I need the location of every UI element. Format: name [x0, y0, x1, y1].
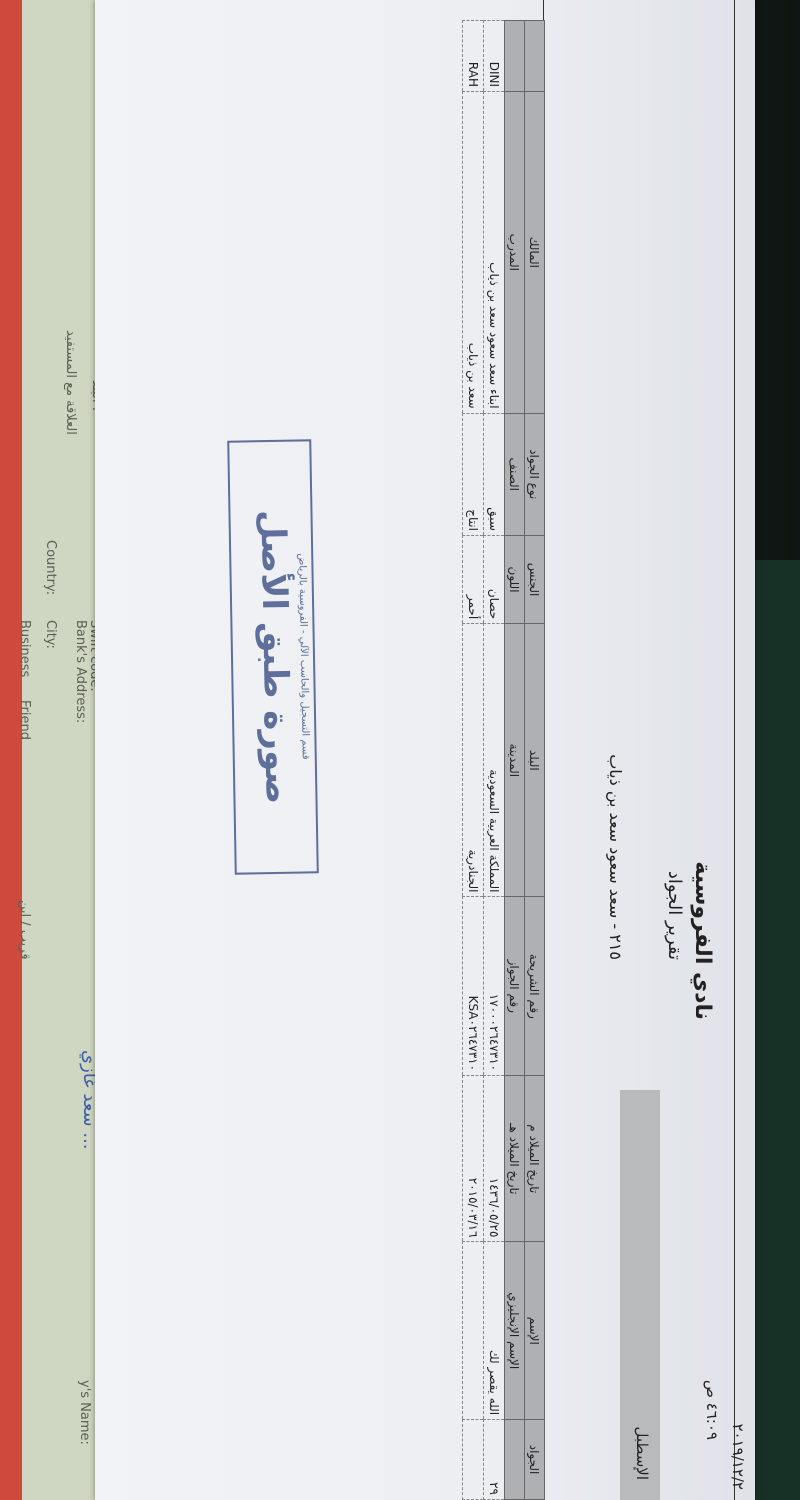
- city-label: City:: [43, 620, 58, 649]
- column-subheader: تاريخ الميلاد هـ: [505, 1076, 525, 1242]
- column-subheader: الصنف: [505, 413, 525, 535]
- table-cell: KSA٠٢٦٤٧٣١٠: [463, 897, 484, 1076]
- table-row: ٢٠١٥/٠٣/١٦KSA٠٢٦٤٧٣١٠الجنادريةأحمرانتاجس…: [463, 21, 484, 1500]
- table-row: ٢٩الله يقصر لك١٤٣٦/٠٥/٢٥١٧٠٠٠٢٦٤٧٣١٠المم…: [484, 21, 505, 1500]
- column-subheader: المدرب: [505, 92, 525, 414]
- country-label: Country:: [43, 540, 58, 595]
- table-cell: ٢٩: [484, 1420, 505, 1500]
- table-cell: [463, 1242, 484, 1420]
- table-cell: سعد بن ذياب: [463, 92, 484, 414]
- table-cell: حصان: [484, 535, 505, 623]
- column-subheader: اللون: [505, 535, 525, 623]
- print-time: ٤٦:٠٩ ص: [703, 1380, 721, 1440]
- column-subheader: [505, 21, 525, 92]
- column-subheader: رقم الجواز: [505, 897, 525, 1076]
- report-paper: ٢٠١٩/١٢/٢ ٤٦:٠٩ ص نادي الفروسية تقرير ال…: [95, 0, 755, 1500]
- club-name: نادي الفروسية: [690, 861, 715, 1020]
- column-subheader: الإسم الإنجليزي: [505, 1242, 525, 1420]
- column-header: الجواد: [525, 1420, 545, 1500]
- horse-table: الجوادالإسمتاريخ الميلاد مرقم الشريحةالب…: [462, 20, 545, 1500]
- relative-option[interactable]: قريب / ابن: [17, 900, 32, 960]
- table-cell: المملكة العربية السعودية: [484, 624, 505, 897]
- table-cell: الجنادرية: [463, 624, 484, 897]
- stamp-main-text: صورة طبق الأصل: [248, 442, 301, 873]
- owner-line: ٢١٥ - سعد سعود سعد بن ذياب: [606, 754, 625, 960]
- column-header: نوع الجواد: [525, 413, 545, 535]
- print-date: ٢٠١٩/١٢/٢: [729, 1423, 747, 1490]
- report-title: تقرير الجواد: [664, 871, 685, 960]
- column-header: المالك: [525, 92, 545, 414]
- table-cell: الله يقصر لك: [484, 1242, 505, 1420]
- column-header: الإسم: [525, 1242, 545, 1420]
- friend-option[interactable]: Friend: [17, 700, 32, 740]
- column-header: رقم الشريحة: [525, 897, 545, 1076]
- column-header: [525, 21, 545, 92]
- column-subheader: [505, 1420, 525, 1500]
- table-cell: RAH: [463, 21, 484, 92]
- table-cell: ابناء سعد سعود سعد بن ذياب: [484, 92, 505, 414]
- table-cell: ١٧٠٠٠٢٦٤٧٣١٠: [484, 897, 505, 1076]
- table-cell: أحمر: [463, 535, 484, 623]
- business-option[interactable]: Business: [17, 620, 32, 677]
- table-cell: [463, 1420, 484, 1500]
- table-cell: ٢٠١٥/٠٣/١٦: [463, 1076, 484, 1242]
- column-subheader: المدينة: [505, 624, 525, 897]
- column-header: البلد: [525, 624, 545, 897]
- bank-address-label: Bank's Address:: [73, 620, 88, 723]
- column-header: تاريخ الميلاد م: [525, 1076, 545, 1242]
- table-cell: DINI: [484, 21, 505, 92]
- table-cell: سبق: [484, 413, 505, 535]
- table-cell: انتاج: [463, 413, 484, 535]
- certified-copy-stamp: قسم التسجيل والحاسب الآلي - الفروسية بال…: [227, 439, 319, 874]
- stable-label: الإسطبل: [620, 1090, 660, 1500]
- relation-ar-label: العلاقة مع المستفيد: [63, 330, 78, 435]
- column-header: الجنس: [525, 535, 545, 623]
- name-label: y's Name:: [77, 1380, 92, 1445]
- table-cell: ١٤٣٦/٠٥/٢٥: [484, 1076, 505, 1242]
